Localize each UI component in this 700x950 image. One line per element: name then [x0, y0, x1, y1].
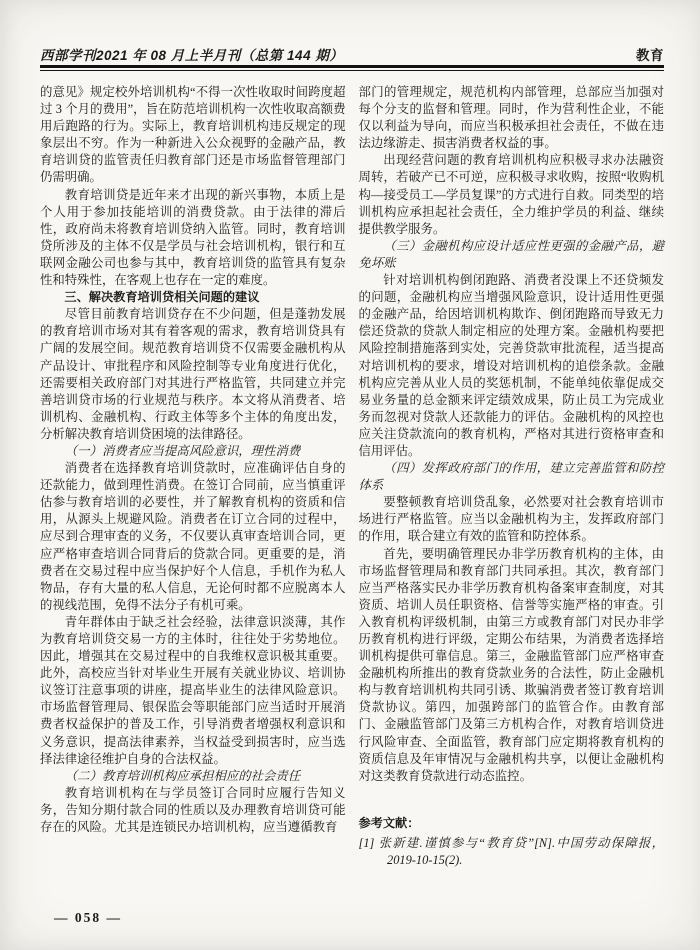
- section-heading-3: 三、解决教育培训贷相关问题的建议: [40, 289, 346, 306]
- paragraph: 教育培训机构在与学员签订合同时应履行告知义务，告知分期付款合同的性质以及办理教育…: [40, 785, 346, 836]
- paragraph: 消费者在选择教育培训贷款时，应准确评估自身的还款能力，做到理性消费。在签订合同前…: [40, 460, 346, 614]
- journal-title: 西部学刊2021 年 08 月上半月刊（总第 144 期）: [40, 44, 343, 64]
- left-column: 的意见》规定校外培训机构“不得一次性收取时间跨度超过 3 个月的费用”，旨在防范…: [40, 84, 346, 914]
- paragraph-continuation: 部门的管理规定，规范机构内部管理，总部应当加强对每个分支的监督和管理。同时，作为…: [359, 84, 665, 152]
- paragraph: 针对培训机构倒闭跑路、消费者没课上不还贷频发的问题，金融机构应当增强风险意识，设…: [359, 272, 665, 460]
- reference-entry-1: [1] 张新建.谨慎参与“教育贷”[N].中国劳动保障报，2019-10-15(…: [359, 835, 665, 869]
- page-number: — 058 —: [54, 910, 122, 926]
- paragraph: 首先，要明确管理民办非学历教育机构的主体，由市场监督管理局和教育部门共同承担。其…: [359, 546, 665, 785]
- paragraph: 青年群体由于缺乏社会经验，法律意识淡薄，其作为教育培训贷交易一方的主体时，往往处…: [40, 614, 346, 768]
- right-column: 部门的管理规定，规范机构内部管理，总部应当加强对每个分支的监督和管理。同时，作为…: [359, 84, 665, 914]
- references-heading: 参考文献：: [359, 815, 665, 832]
- paragraph: 要整顿教育培训贷乱象，必然要对社会教育培训市场进行严格监管。应当以金融机构为主，…: [359, 494, 665, 545]
- subsection-heading-1: （一）消费者应当提高风险意识，理性消费: [40, 443, 346, 460]
- header-rule: [40, 65, 664, 71]
- paragraph: 教育培训贷是近年来才出现的新兴事物，本质上是个人用于参加技能培训的消费贷款。由于…: [40, 187, 346, 290]
- article-body: 的意见》规定校外培训机构“不得一次性收取时间跨度超过 3 个月的费用”，旨在防范…: [40, 84, 664, 914]
- section-label: 教育: [636, 44, 664, 64]
- page-header: 西部学刊2021 年 08 月上半月刊（总第 144 期） 教育: [40, 44, 664, 64]
- subsection-heading-2: （二）教育培训机构应承担相应的社会责任: [40, 768, 346, 785]
- subsection-heading-3: （三）金融机构应设计适应性更强的金融产品，避免坏账: [359, 238, 665, 272]
- paragraph-continuation: 的意见》规定校外培训机构“不得一次性收取时间跨度超过 3 个月的费用”，旨在防范…: [40, 84, 346, 187]
- journal-page-scan: 西部学刊2021 年 08 月上半月刊（总第 144 期） 教育 的意见》规定校…: [0, 0, 700, 950]
- subsection-heading-4: （四）发挥政府部门的作用，建立完善监管和防控体系: [359, 460, 665, 494]
- paragraph: 出现经营问题的教育培训机构应积极寻求办法融资周转，若破产已不可逆，应积极寻求收购…: [359, 152, 665, 237]
- paragraph: 尽管目前教育培训贷存在不少问题，但是蓬勃发展的教育培训市场对其有着客观的需求，教…: [40, 306, 346, 443]
